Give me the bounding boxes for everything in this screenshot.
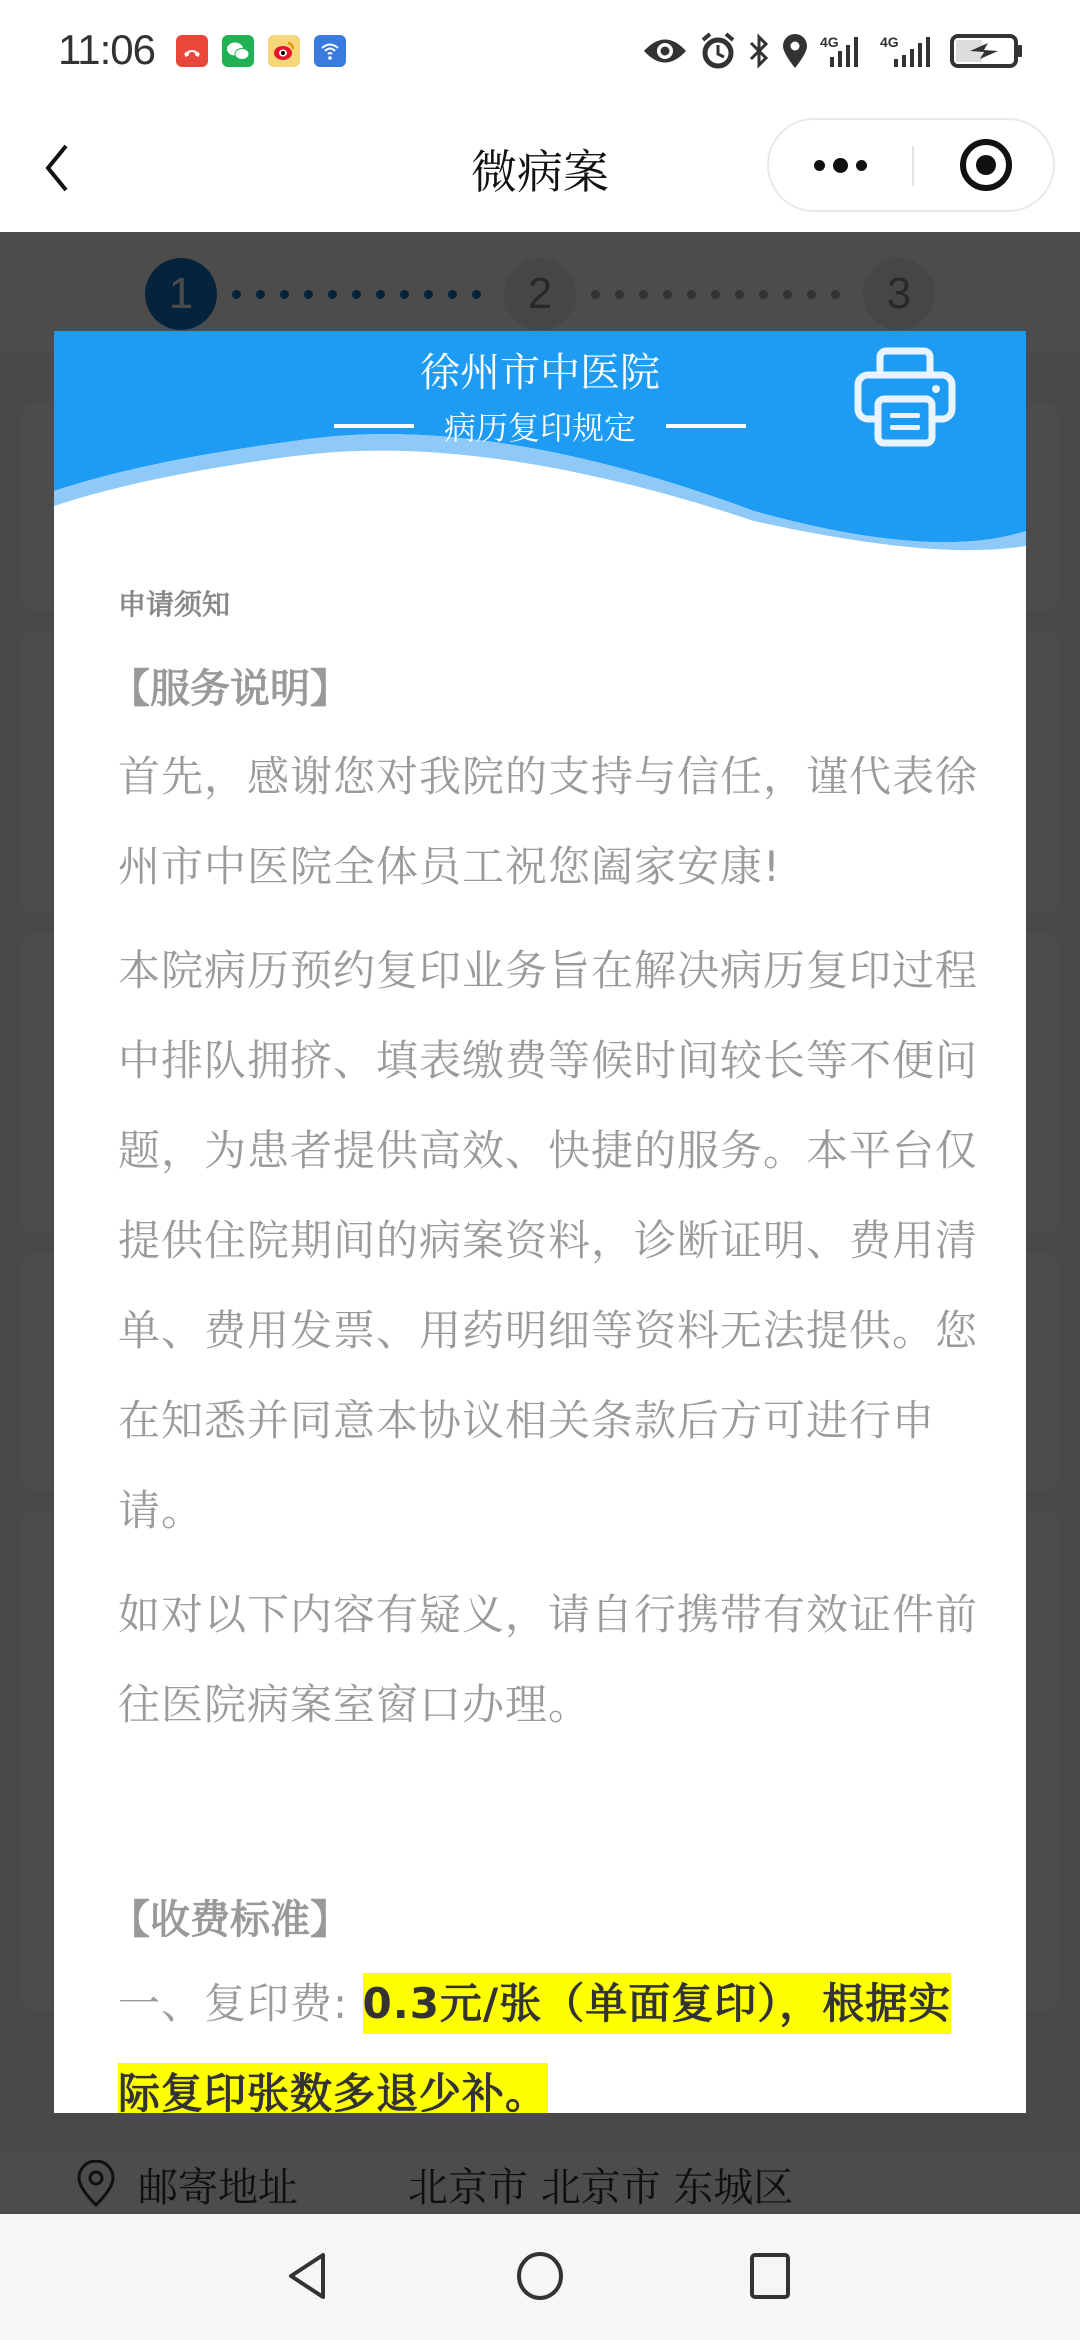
more-dot-icon — [833, 158, 848, 173]
status-bar: 11:06 4G 4G — [0, 0, 1080, 100]
wifi-app-icon — [314, 35, 346, 67]
weibo-icon — [268, 35, 300, 67]
paragraph: 本院病历预约复印业务旨在解决病历复印过程中排队拥挤、填表缴费等候时间较长等不便问… — [118, 926, 978, 1556]
system-recents-button[interactable] — [740, 2246, 800, 2306]
system-icons: 4G 4G — [642, 32, 1024, 70]
system-home-button[interactable] — [510, 2246, 570, 2306]
signal-4g-1-icon: 4G — [820, 33, 868, 69]
signal-4g-2-icon: 4G — [880, 33, 938, 69]
svg-text:4G: 4G — [880, 34, 899, 50]
miniprogram-capsule — [767, 118, 1055, 212]
alarm-icon — [700, 32, 736, 70]
system-back-button[interactable] — [278, 2246, 338, 2306]
paragraph: 如对以下内容有疑义，请自行携带有效证件前往医院病案室窗口办理。 — [118, 1570, 978, 1750]
more-button[interactable] — [769, 120, 912, 210]
subtitle-line-left — [334, 424, 414, 428]
system-nav-bar — [0, 2214, 1080, 2340]
wechat-icon — [222, 35, 254, 67]
section-title-service: 【服务说明】 — [110, 657, 978, 714]
section-title-fees: 【收费标准】 — [110, 1888, 978, 1945]
missed-call-icon — [176, 35, 208, 67]
more-dot-icon — [814, 160, 825, 171]
more-dot-icon — [856, 160, 867, 171]
bluetooth-icon — [748, 33, 770, 69]
paragraph: 首先，感谢您对我院的支持与信任，谨代表徐州市中医院全体员工祝您阖家安康! — [118, 732, 978, 912]
modal-header: 徐州市中医院 病历复印规定 — [54, 331, 1026, 551]
status-time: 11:06 — [58, 26, 155, 74]
square-recents-icon — [746, 2251, 794, 2301]
printer-icon — [854, 345, 956, 447]
nav-bar: 微病案 — [0, 100, 1080, 232]
fee-prefix: 一、复印费: — [118, 1979, 363, 2028]
notification-icons — [176, 35, 346, 67]
circle-home-icon — [514, 2250, 566, 2302]
triangle-back-icon — [285, 2251, 331, 2301]
modal-subtitle: 病历复印规定 — [444, 403, 636, 449]
spacer — [118, 1750, 978, 1854]
modal-body[interactable]: 申请须知 【服务说明】 首先，感谢您对我院的支持与信任，谨代表徐州市中医院全体员… — [118, 571, 978, 2113]
eye-icon — [642, 34, 688, 68]
fee-line: 一、复印费: 0.3元/张（单面复印），根据实际复印张数多退少补。 — [118, 1959, 978, 2113]
svg-text:4G: 4G — [820, 34, 839, 50]
subtitle-line-right — [666, 424, 746, 428]
copy-rules-modal: 徐州市中医院 病历复印规定 申请须知 【服务说明】 首先，感谢您对我院的支持与信… — [54, 331, 1026, 2113]
battery-charging-icon — [950, 33, 1024, 69]
target-circle-icon — [958, 137, 1014, 193]
close-miniprogram-button[interactable] — [914, 120, 1057, 210]
notice-label: 申请须知 — [118, 583, 978, 623]
location-icon — [782, 33, 808, 69]
